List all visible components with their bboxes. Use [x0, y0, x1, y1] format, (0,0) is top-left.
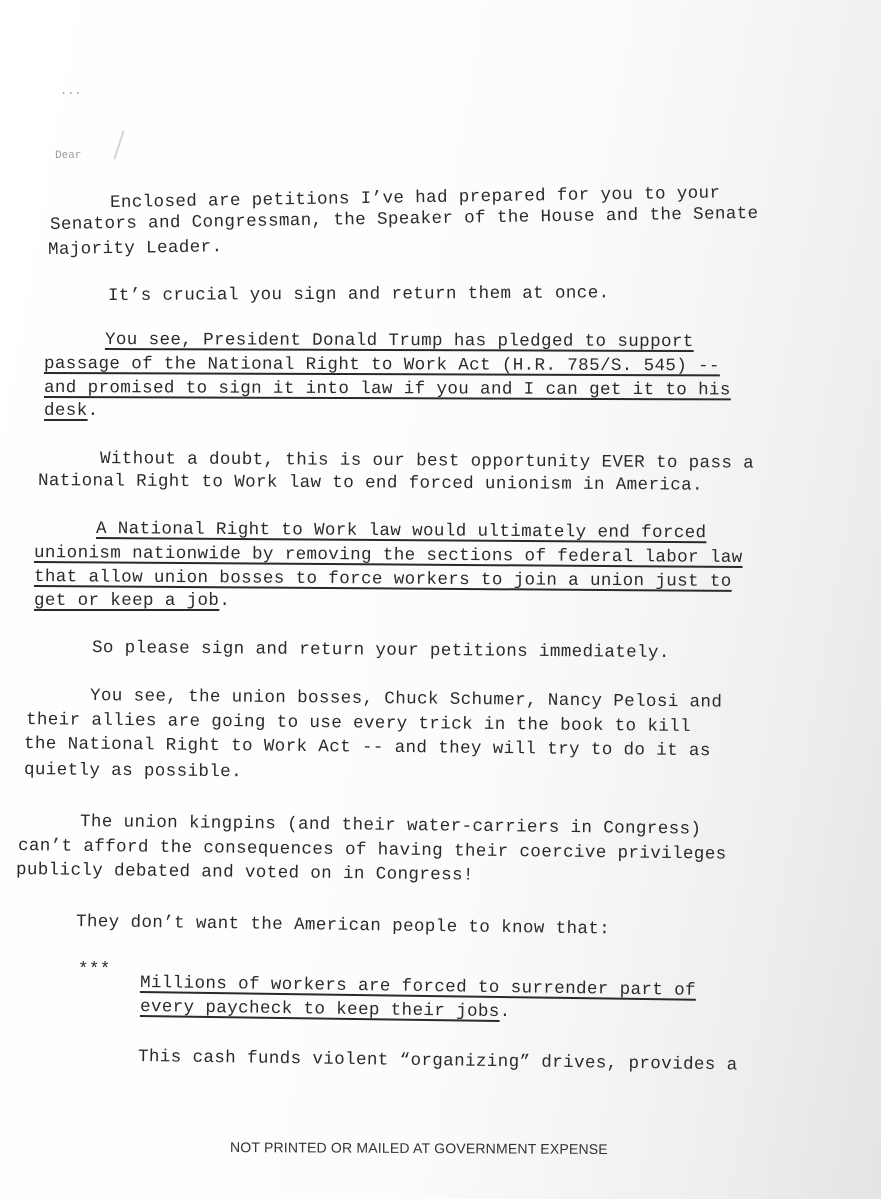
p5-line4-text: get or keep a job — [34, 591, 219, 611]
p11-line1: This cash funds violent “organizing” dri… — [138, 1047, 738, 1075]
p9-line1: They don’t want the American people to k… — [76, 912, 610, 939]
p4-line2: National Right to Work law to end forced… — [38, 471, 703, 496]
p4-line1: Without a doubt, this is our best opport… — [100, 449, 754, 474]
salutation-fragment: Dear — [55, 150, 81, 162]
p5-line3: that allow union bosses to force workers… — [34, 567, 732, 592]
bullet-line1: Millions of workers are forced to surren… — [140, 973, 696, 1001]
period: . — [219, 591, 230, 611]
letter-page: ... Dear Enclosed are petitions I’ve had… — [0, 0, 881, 1199]
p7-line4: quietly as possible. — [24, 760, 242, 782]
p3-line2: passage of the National Right to Work Ac… — [44, 354, 720, 376]
p5-line2: unionism nationwide by removing the sect… — [34, 543, 743, 568]
bullet-line2: every paycheck to keep their jobs. — [140, 997, 511, 1022]
period: . — [88, 401, 99, 421]
pen-stroke — [113, 130, 124, 159]
p2-line1: It’s crucial you sign and return them at… — [108, 283, 610, 306]
p5-line1: A National Right to Work law would ultim… — [96, 519, 707, 543]
p7-line3: the National Right to Work Act -- and th… — [24, 734, 711, 761]
header-fragment: ... — [60, 84, 82, 98]
p5-line4: get or keep a job. — [34, 591, 230, 611]
p6-line1: So please sign and return your petitions… — [92, 638, 670, 663]
p7-line2: their allies are going to use every tric… — [26, 710, 691, 737]
p3-line3: and promised to sign it into law if you … — [44, 378, 731, 400]
p7-line1: You see, the union bosses, Chuck Schumer… — [90, 686, 722, 713]
period: . — [500, 1002, 511, 1022]
bullet-line2-text: every paycheck to keep their jobs — [140, 997, 500, 1022]
p3-line1: You see, President Donald Trump has pled… — [105, 330, 694, 352]
footer-disclaimer: NOT PRINTED OR MAILED AT GOVERNMENT EXPE… — [230, 1139, 608, 1157]
bullet-marker: *** — [78, 960, 111, 980]
p8-line3: publicly debated and voted on in Congres… — [16, 860, 474, 886]
p3-line4-text: desk — [44, 401, 88, 421]
p8-line1: The union kingpins (and their water-carr… — [80, 812, 702, 840]
p1-line3: Majority Leader. — [48, 237, 223, 260]
p3-line4: desk. — [44, 401, 99, 421]
